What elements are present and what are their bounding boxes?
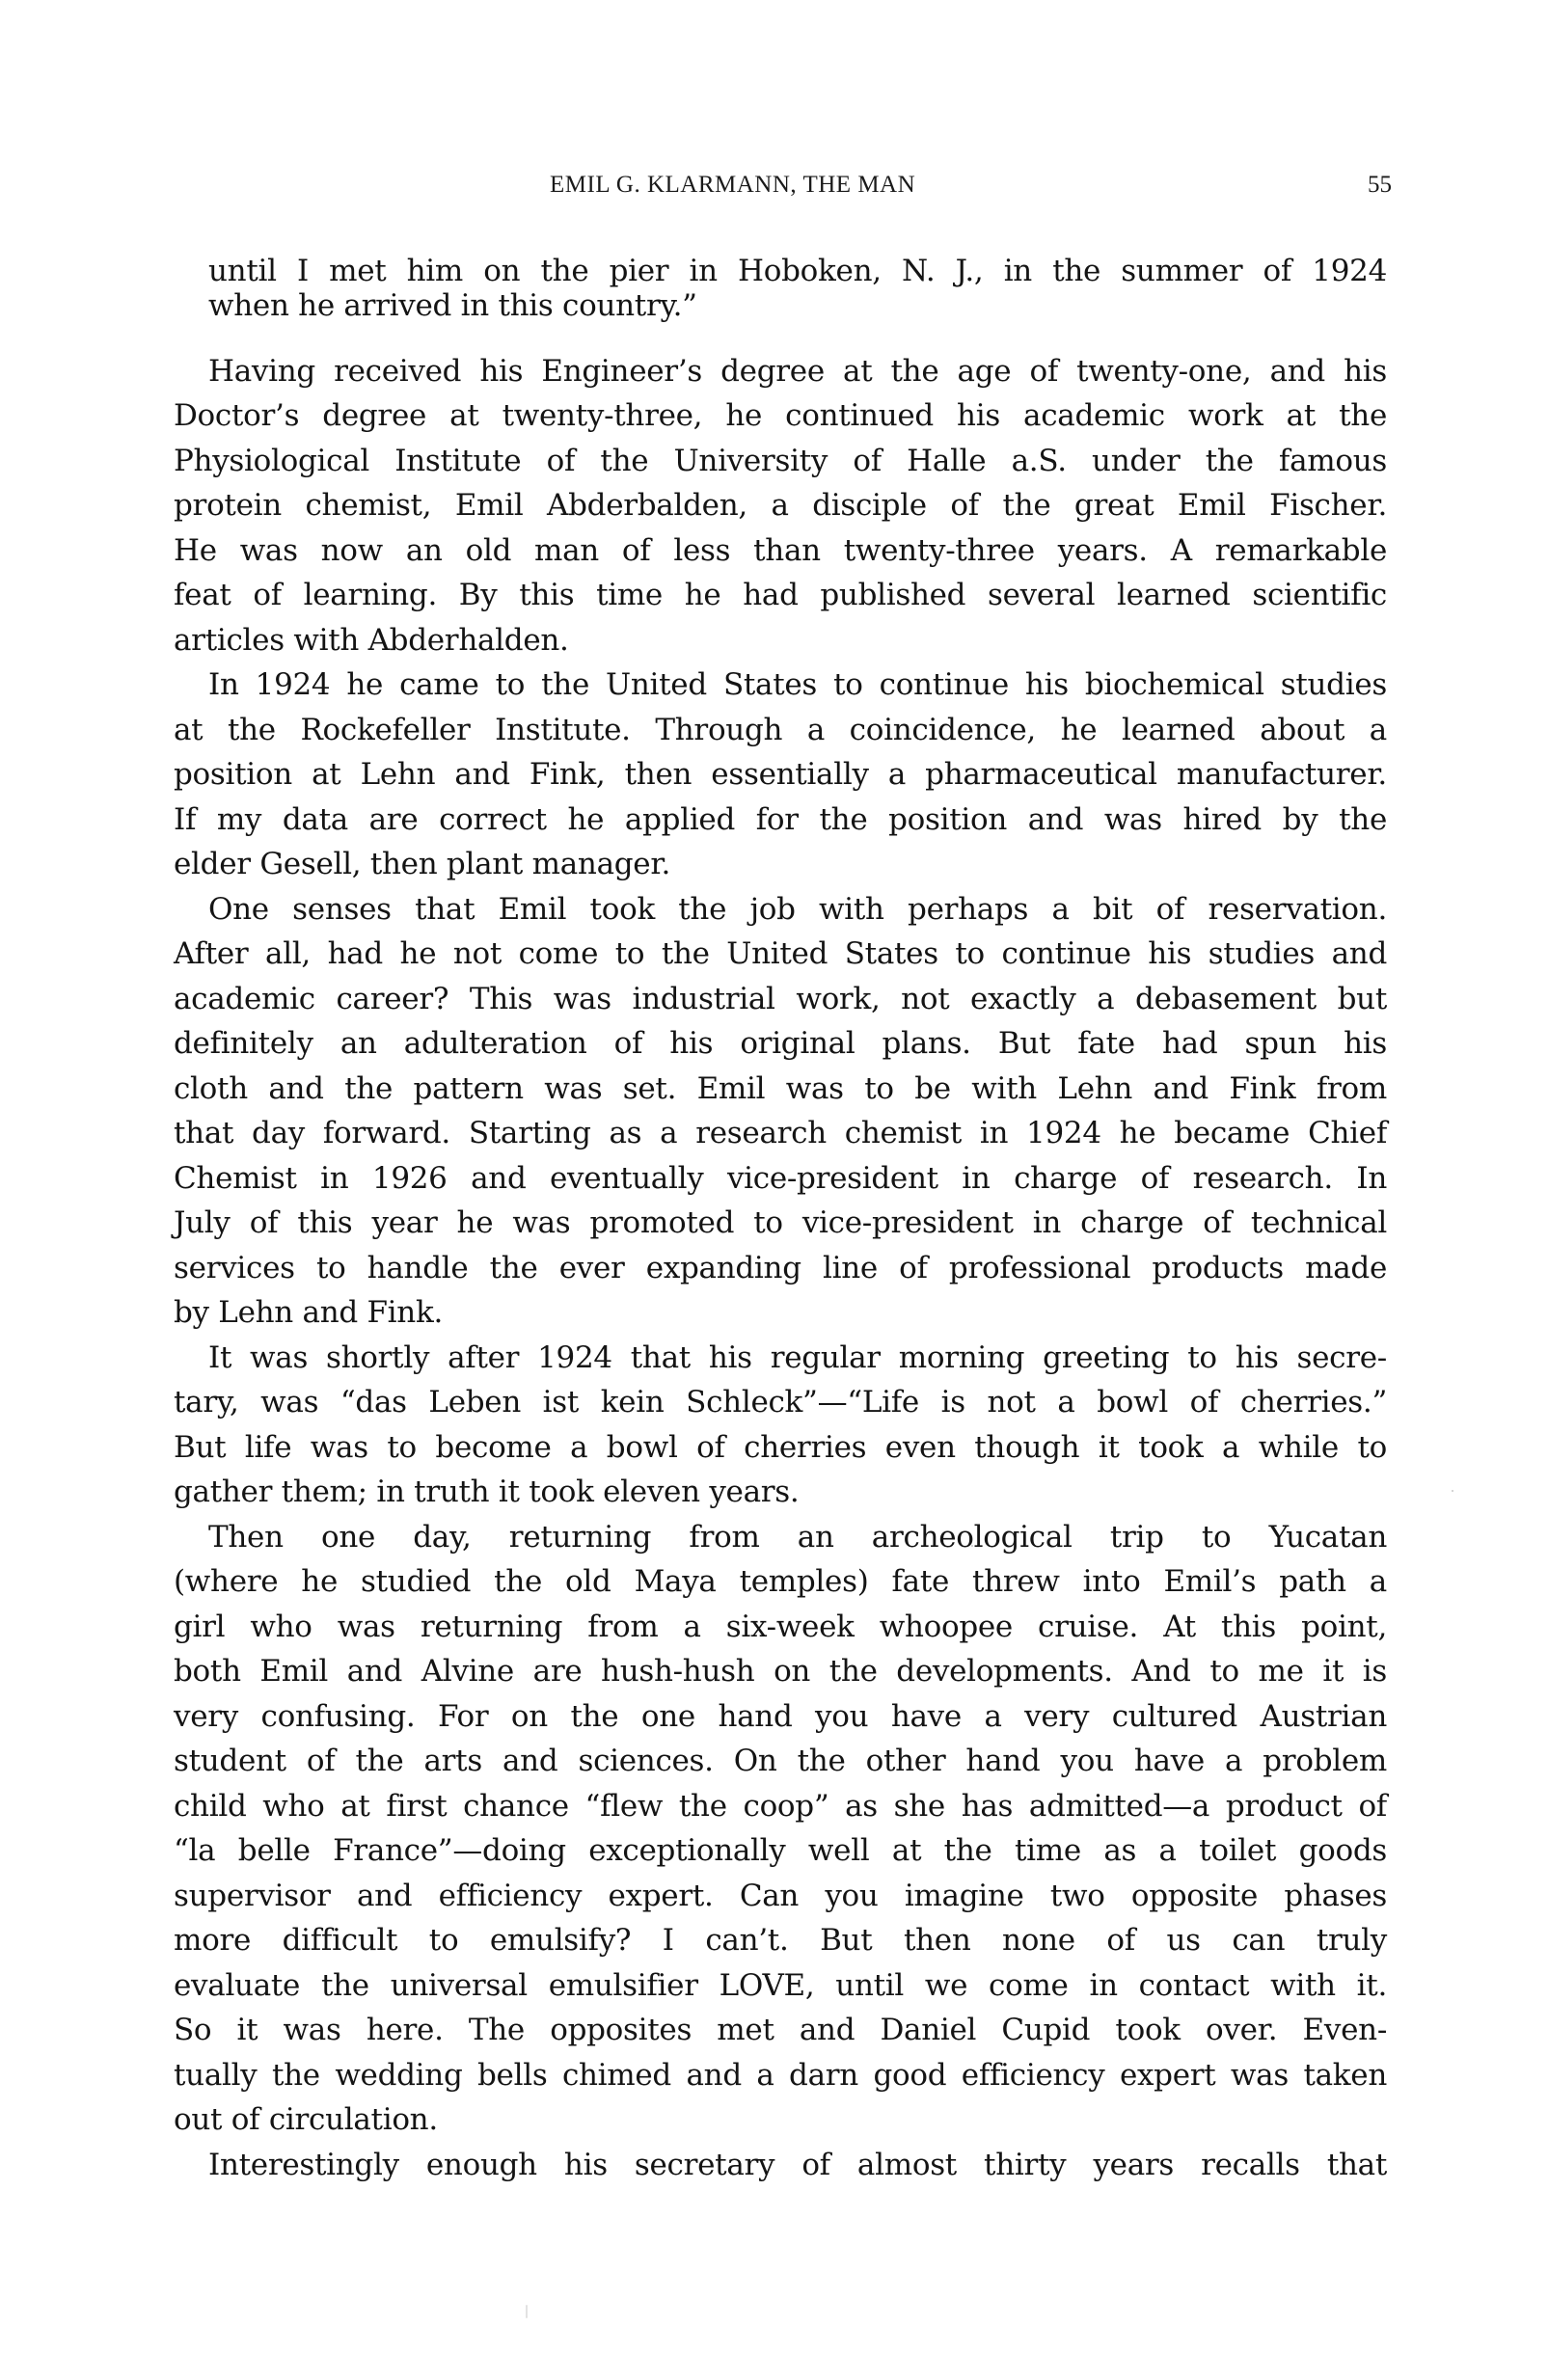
text-line: It was shortly after 1924 that his regul… (208, 1336, 1387, 1380)
text-line: protein chemist, Emil Abderbalden, a dis… (174, 483, 1387, 527)
text-line: both Emil and Alvine are hush-hush on th… (174, 1649, 1387, 1693)
text-line: Physiological Institute of the Universit… (174, 439, 1387, 483)
text-line: definitely an adulteration of his origin… (174, 1021, 1387, 1066)
text-line: elder Gesell, then plant manager. (174, 842, 1387, 886)
text-line: “la belle France”—doing exceptionally we… (174, 1828, 1387, 1873)
text-line: After all, had he not come to the United… (174, 932, 1387, 976)
text-line: position at Lehn and Fink, then essentia… (174, 752, 1387, 797)
text-line: feat of learning. By this time he had pu… (174, 573, 1387, 617)
text-line: child who at first chance “flew the coop… (174, 1784, 1387, 1828)
text-line: services to handle the ever expanding li… (174, 1246, 1387, 1290)
text-line: when he arrived in this country.” (208, 284, 1387, 328)
text-line: that day forward. Starting as a research… (174, 1111, 1387, 1155)
text-line: evaluate the universal emulsifier LOVE, … (174, 1963, 1387, 2008)
scan-speck (1452, 1490, 1453, 1492)
text-line: He was now an old man of less than twent… (174, 528, 1387, 573)
text-line: more difficult to emulsify? I can’t. But… (174, 1918, 1387, 1962)
scan-speck (971, 1545, 973, 1547)
text-line: Chemist in 1926 and eventually vice-pres… (174, 1156, 1387, 1201)
text-line: by Lehn and Fink. (174, 1290, 1387, 1335)
scan-speck (526, 2305, 528, 2318)
text-line: student of the arts and sciences. On the… (174, 1739, 1387, 1783)
text-line: tually the wedding bells chimed and a da… (174, 2053, 1387, 2097)
text-line: So it was here. The opposites met and Da… (174, 2008, 1387, 2052)
text-line: out of circulation. (174, 2097, 1387, 2142)
text-line: Doctor’s degree at twenty-three, he cont… (174, 393, 1387, 438)
text-line: Then one day, returning from an archeolo… (208, 1515, 1387, 1559)
text-line: at the Rockefeller Institute. Through a … (174, 708, 1387, 752)
text-line: (where he studied the old Maya temples) … (174, 1559, 1387, 1604)
text-line: girl who was returning from a six-week w… (174, 1605, 1387, 1649)
document-page: EMIL G. KLARMANN, THE MAN 55 until I met… (0, 0, 1548, 2380)
text-line: Having received his Engineer’s degree at… (208, 349, 1387, 393)
text-line: One senses that Emil took the job with p… (208, 887, 1387, 932)
text-line: But life was to become a bowl of cherrie… (174, 1425, 1387, 1470)
text-line: tary, was “das Leben ist kein Schleck”—“… (174, 1380, 1387, 1424)
text-line: Interestingly enough his secretary of al… (208, 2143, 1387, 2187)
text-line: very confusing. For on the one hand you … (174, 1694, 1387, 1739)
text-line: In 1924 he came to the United States to … (208, 663, 1387, 707)
text-line: If my data are correct he applied for th… (174, 798, 1387, 842)
text-line: gather them; in truth it took eleven yea… (174, 1470, 1387, 1514)
text-line: July of this year he was promoted to vic… (174, 1201, 1387, 1245)
text-line: academic career? This was industrial wor… (174, 977, 1387, 1021)
text-line: supervisor and efficiency expert. Can yo… (174, 1874, 1387, 1918)
page-number: 55 (1368, 172, 1389, 199)
text-line: cloth and the pattern was set. Emil was … (174, 1067, 1387, 1111)
running-header-title: EMIL G. KLARMANN, THE MAN (550, 172, 1003, 199)
text-line: articles with Abderhalden. (174, 618, 1387, 663)
